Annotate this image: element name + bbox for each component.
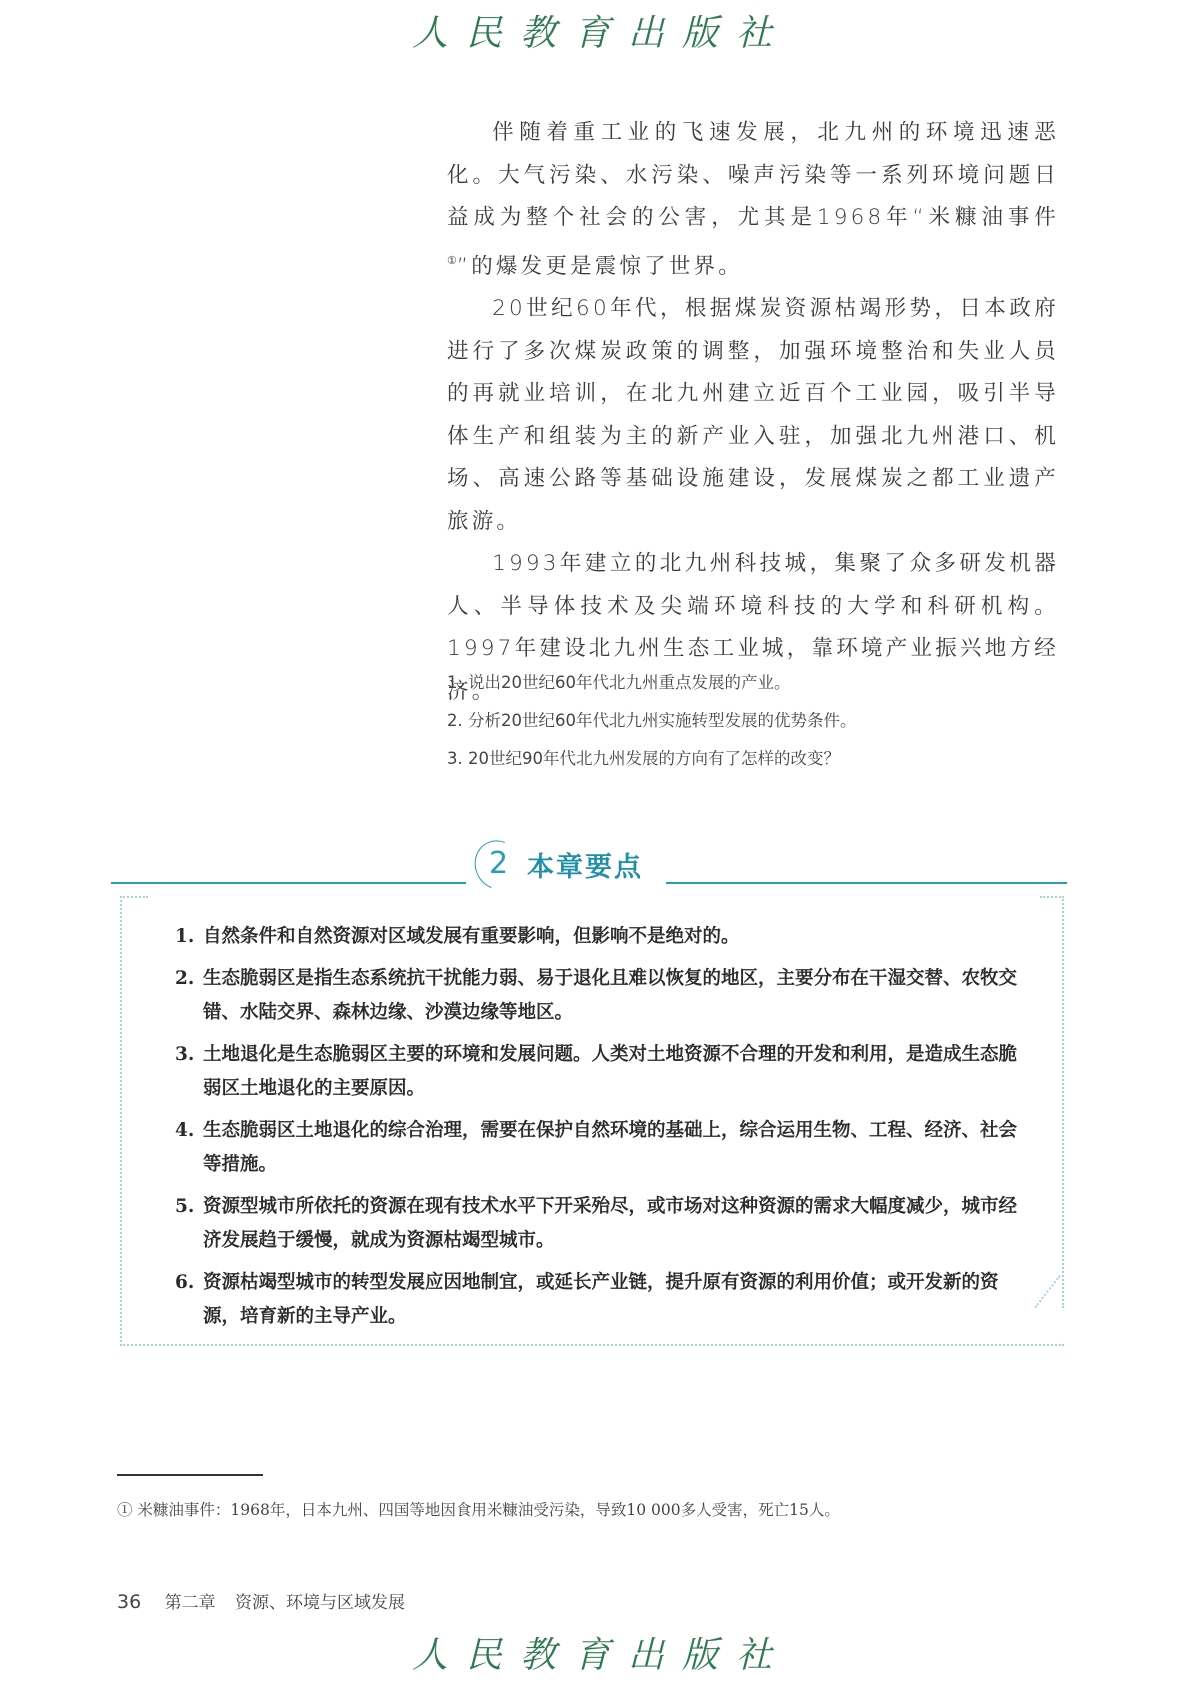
footnote-divider (117, 1474, 263, 1476)
chapter-title: 资源、环境与区域发展 (235, 1593, 405, 1613)
page-number: 36 (117, 1591, 141, 1613)
section-heading: 2 本章要点 (111, 836, 1067, 896)
box-border-decoration (1040, 896, 1064, 898)
question-list: 1. 说出20世纪60年代北九州重点发展的产业。 2. 分析20世纪60年代北九… (447, 664, 1067, 778)
key-point: 1. 自然条件和自然资源对区域发展有重要影响，但影响不是绝对的。 (175, 920, 1020, 954)
key-point: 3. 土地退化是生态脆弱区主要的环境和发展问题。人类对土地资源不合理的开发和利用… (175, 1038, 1020, 1106)
section-title: 本章要点 (527, 848, 643, 888)
key-points-list: 1. 自然条件和自然资源对区域发展有重要影响，但影响不是绝对的。 2. 生态脆弱… (175, 920, 1020, 1342)
publisher-logo-bottom: 人民教育出版社 (6, 1626, 1190, 1683)
heading-rule-left (111, 882, 466, 884)
footnote-mark[interactable]: ① (447, 254, 457, 267)
key-point: 4. 生态脆弱区土地退化的综合治理，需要在保护自然环境的基础上，综合运用生物、工… (175, 1114, 1020, 1182)
box-border-decoration (1062, 896, 1064, 1308)
question-item: 3. 20世纪90年代北九州发展的方向有了怎样的改变？ (447, 740, 1067, 778)
body-text: 伴随着重工业的飞速发展，北九州的环境迅速恶化。大气污染、水污染、噪声污染等一系列… (447, 112, 1059, 713)
question-item: 1. 说出20世纪60年代北九州重点发展的产业。 (447, 664, 1067, 702)
question-item: 2. 分析20世纪60年代北九州实施转型发展的优势条件。 (447, 702, 1067, 740)
footnote: ① 米糠油事件：1968年，日本九州、四国等地因食用米糠油受污染，导致10 00… (117, 1496, 840, 1524)
box-border-decoration (120, 896, 148, 898)
publisher-logo-top: 人民教育出版社 (6, 4, 1190, 64)
key-point: 2. 生态脆弱区是指生态系统抗干扰能力弱、易于退化且难以恢复的地区，主要分布在干… (175, 962, 1020, 1030)
chapter-number: 第二章 (165, 1593, 216, 1613)
page-footer: 36 第二章 资源、环境与区域发展 (117, 1587, 405, 1618)
section-number: 2 (489, 844, 508, 884)
key-point: 6. 资源枯竭型城市的转型发展应因地制宜，或延长产业链，提升原有资源的利用价值；… (175, 1266, 1020, 1334)
paragraph-2: 20世纪60年代，根据煤炭资源枯竭形势，日本政府进行了多次煤炭政策的调整，加强环… (447, 288, 1059, 543)
paragraph-1: 伴随着重工业的飞速发展，北九州的环境迅速恶化。大气污染、水污染、噪声污染等一系列… (447, 112, 1059, 288)
key-point: 5. 资源型城市所依托的资源在现有技术水平下开采殆尽，或市场对这种资源的需求大幅… (175, 1190, 1020, 1258)
heading-rule-right (666, 882, 1067, 884)
